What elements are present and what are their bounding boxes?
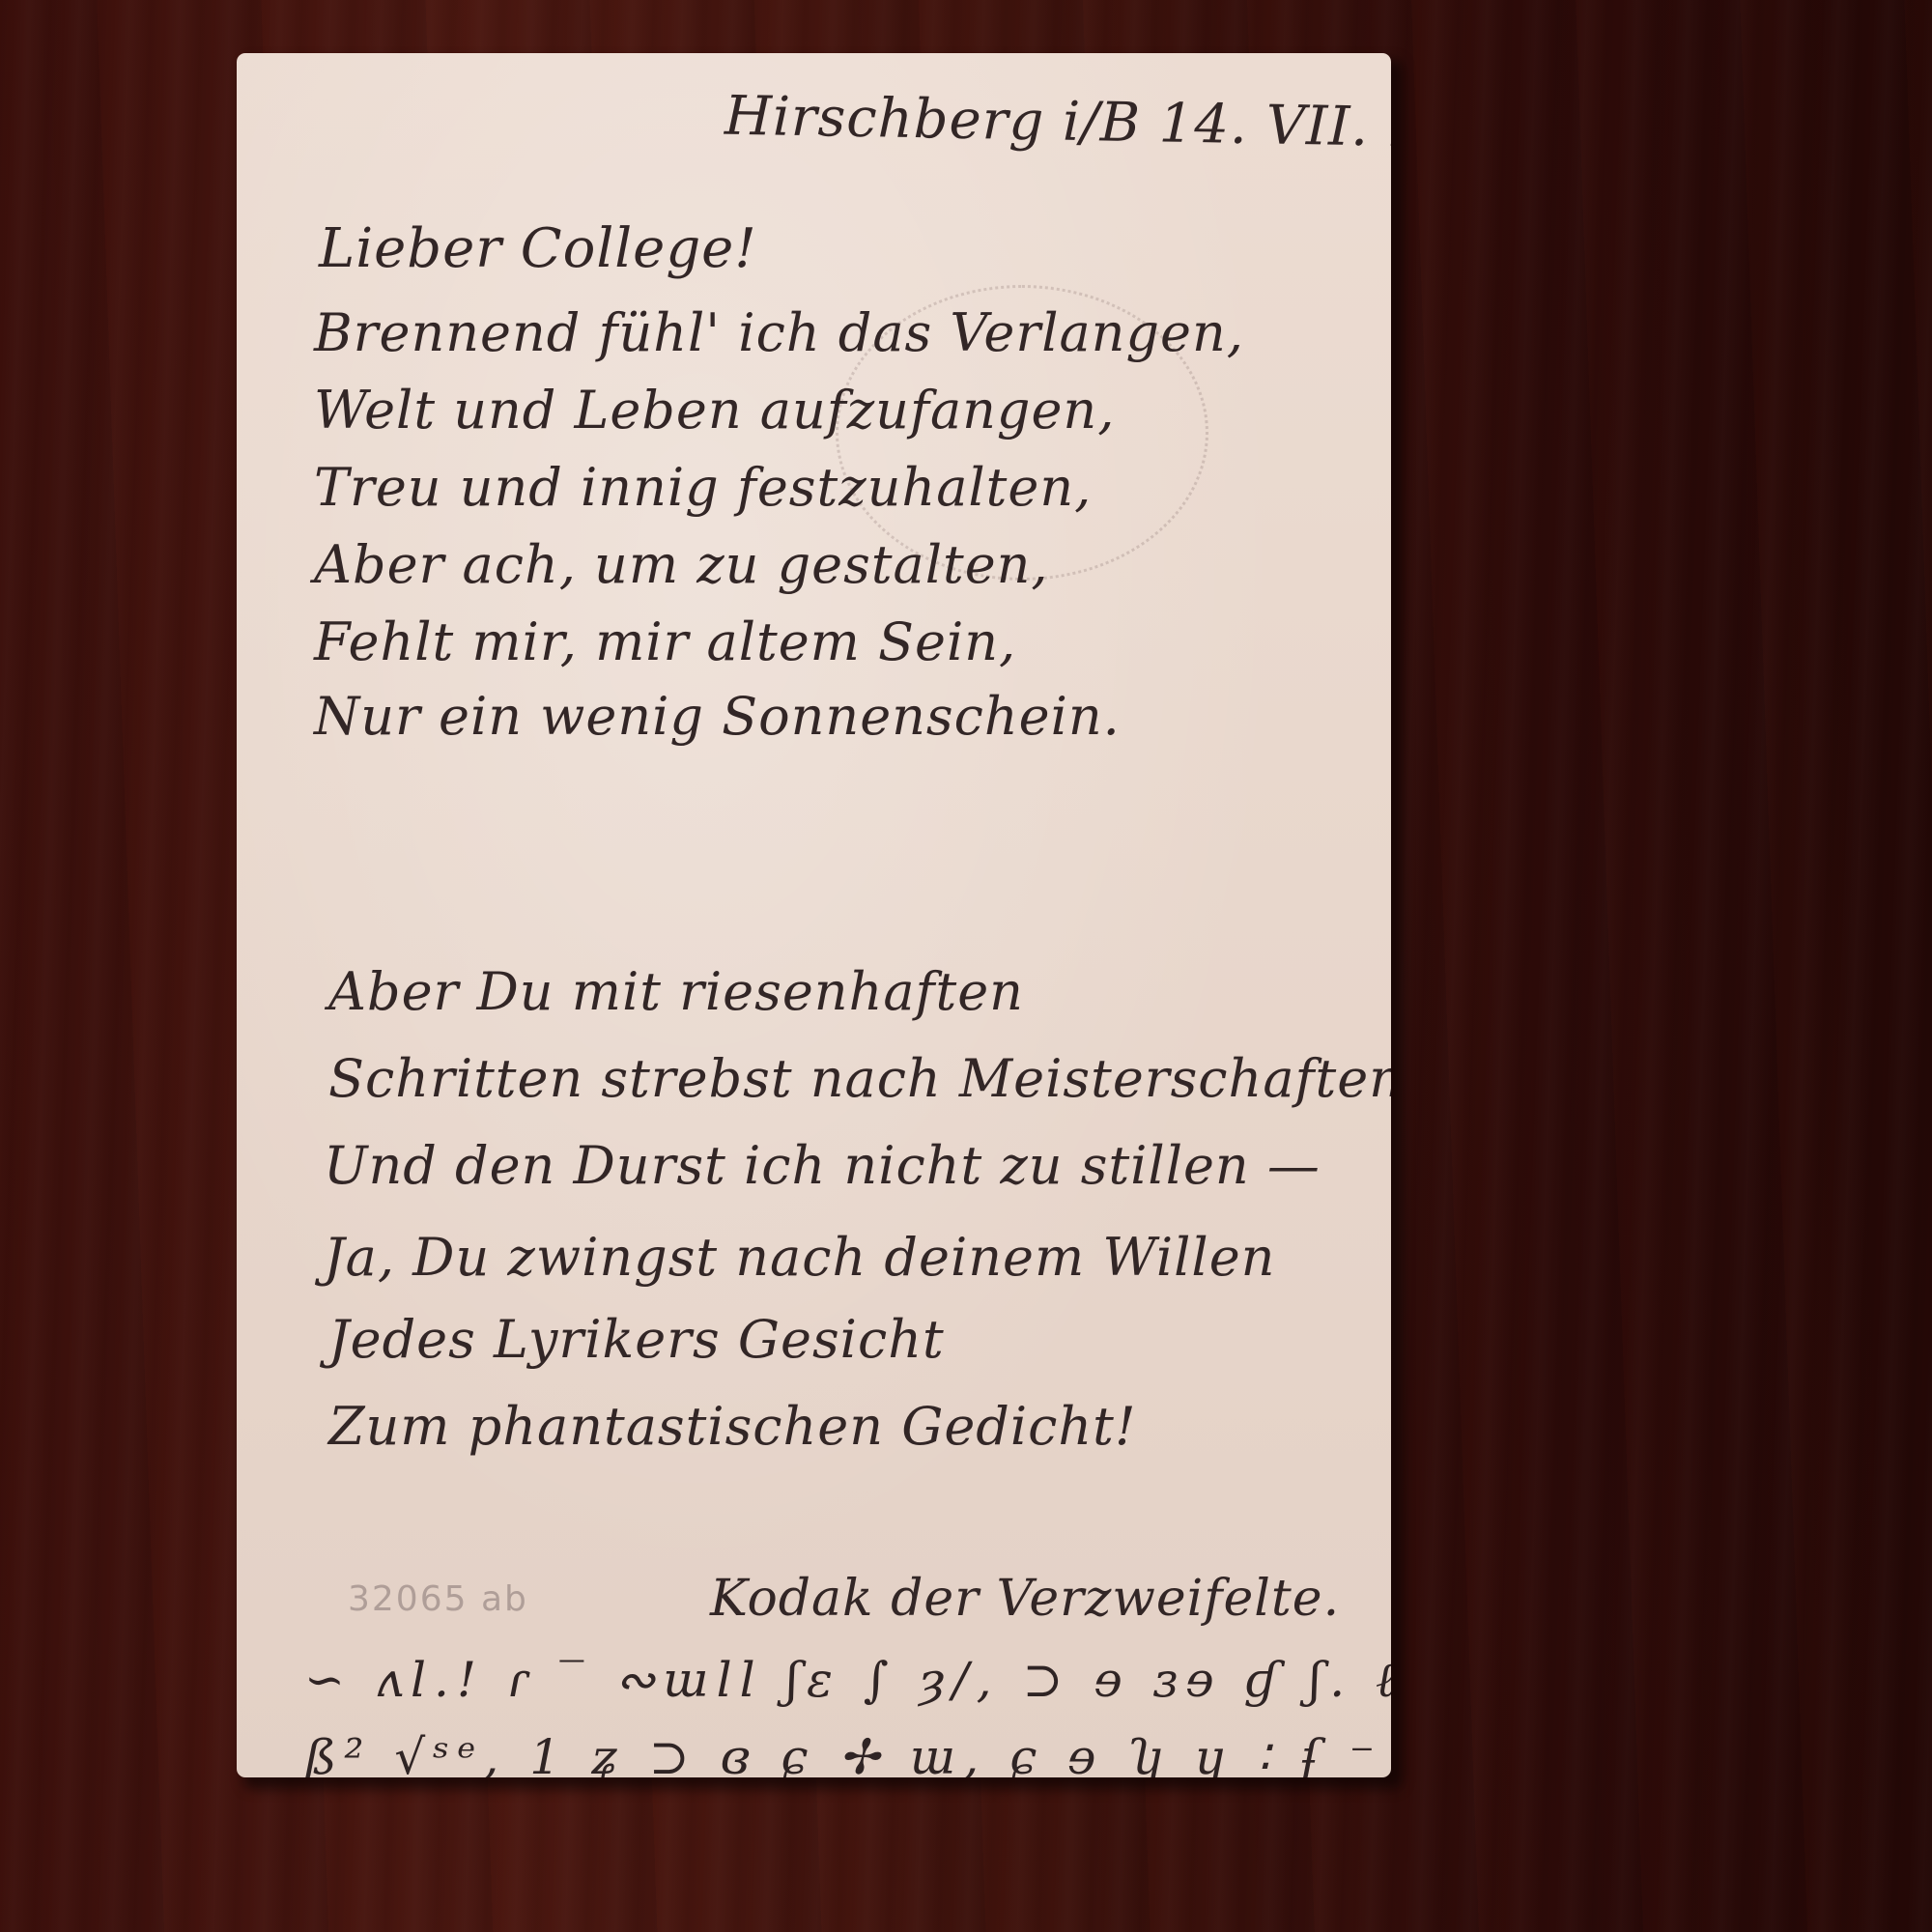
postcard: Hirschberg i/B 14. VII. 1898. Lieber Col… [237,53,1391,1777]
verse-line: Fehlt mir, mir altem Sein, [314,611,1016,672]
verse-line: Jedes Lyrikers Gesicht [328,1309,945,1370]
shorthand-line: ß² √ˢᵉ, 1 ʑ ⊃ ɞ ɕ ✢ ɯ, ɕ ɘ ʮ ɥ ∶ ʄ ⁻ ∂ ʄ… [304,1729,1391,1777]
verse-line: Schritten strebst nach Meisterschaften, [328,1048,1391,1109]
verse-line: Brennend fühl' ich das Verlangen, [314,302,1244,363]
verse-line: Und den Durst ich nicht zu stillen — [324,1135,1321,1196]
verse-line: Nur ein wenig Sonnenschein. [314,686,1121,747]
verse-line: Zum phantastischen Gedicht! [328,1396,1137,1457]
signature: Kodak der Verzweifelte. [710,1570,1340,1628]
verse-line: Welt und Leben aufzufangen, [314,380,1115,440]
verse-line: Treu und innig festzuhalten, [314,457,1092,518]
salutation: Lieber College! [319,217,757,280]
verse-line: Aber ach, um zu gestalten, [314,534,1049,595]
dateline: Hirschberg i/B 14. VII. 1898. [724,85,1391,162]
verse-line: Aber Du mit riesenhaften [328,961,1024,1022]
pencil-note: 32065 ab [348,1579,528,1619]
shorthand-line: ∽ ʌl.! ɾ ‾ ∾ɯll ʃɛ ∫ ȝ/, ⊃ ɘ ɜɘ ɠ ʃ. ℓ [304,1652,1391,1708]
verse-line: Ja, Du zwingst nach deinem Willen [324,1227,1275,1288]
